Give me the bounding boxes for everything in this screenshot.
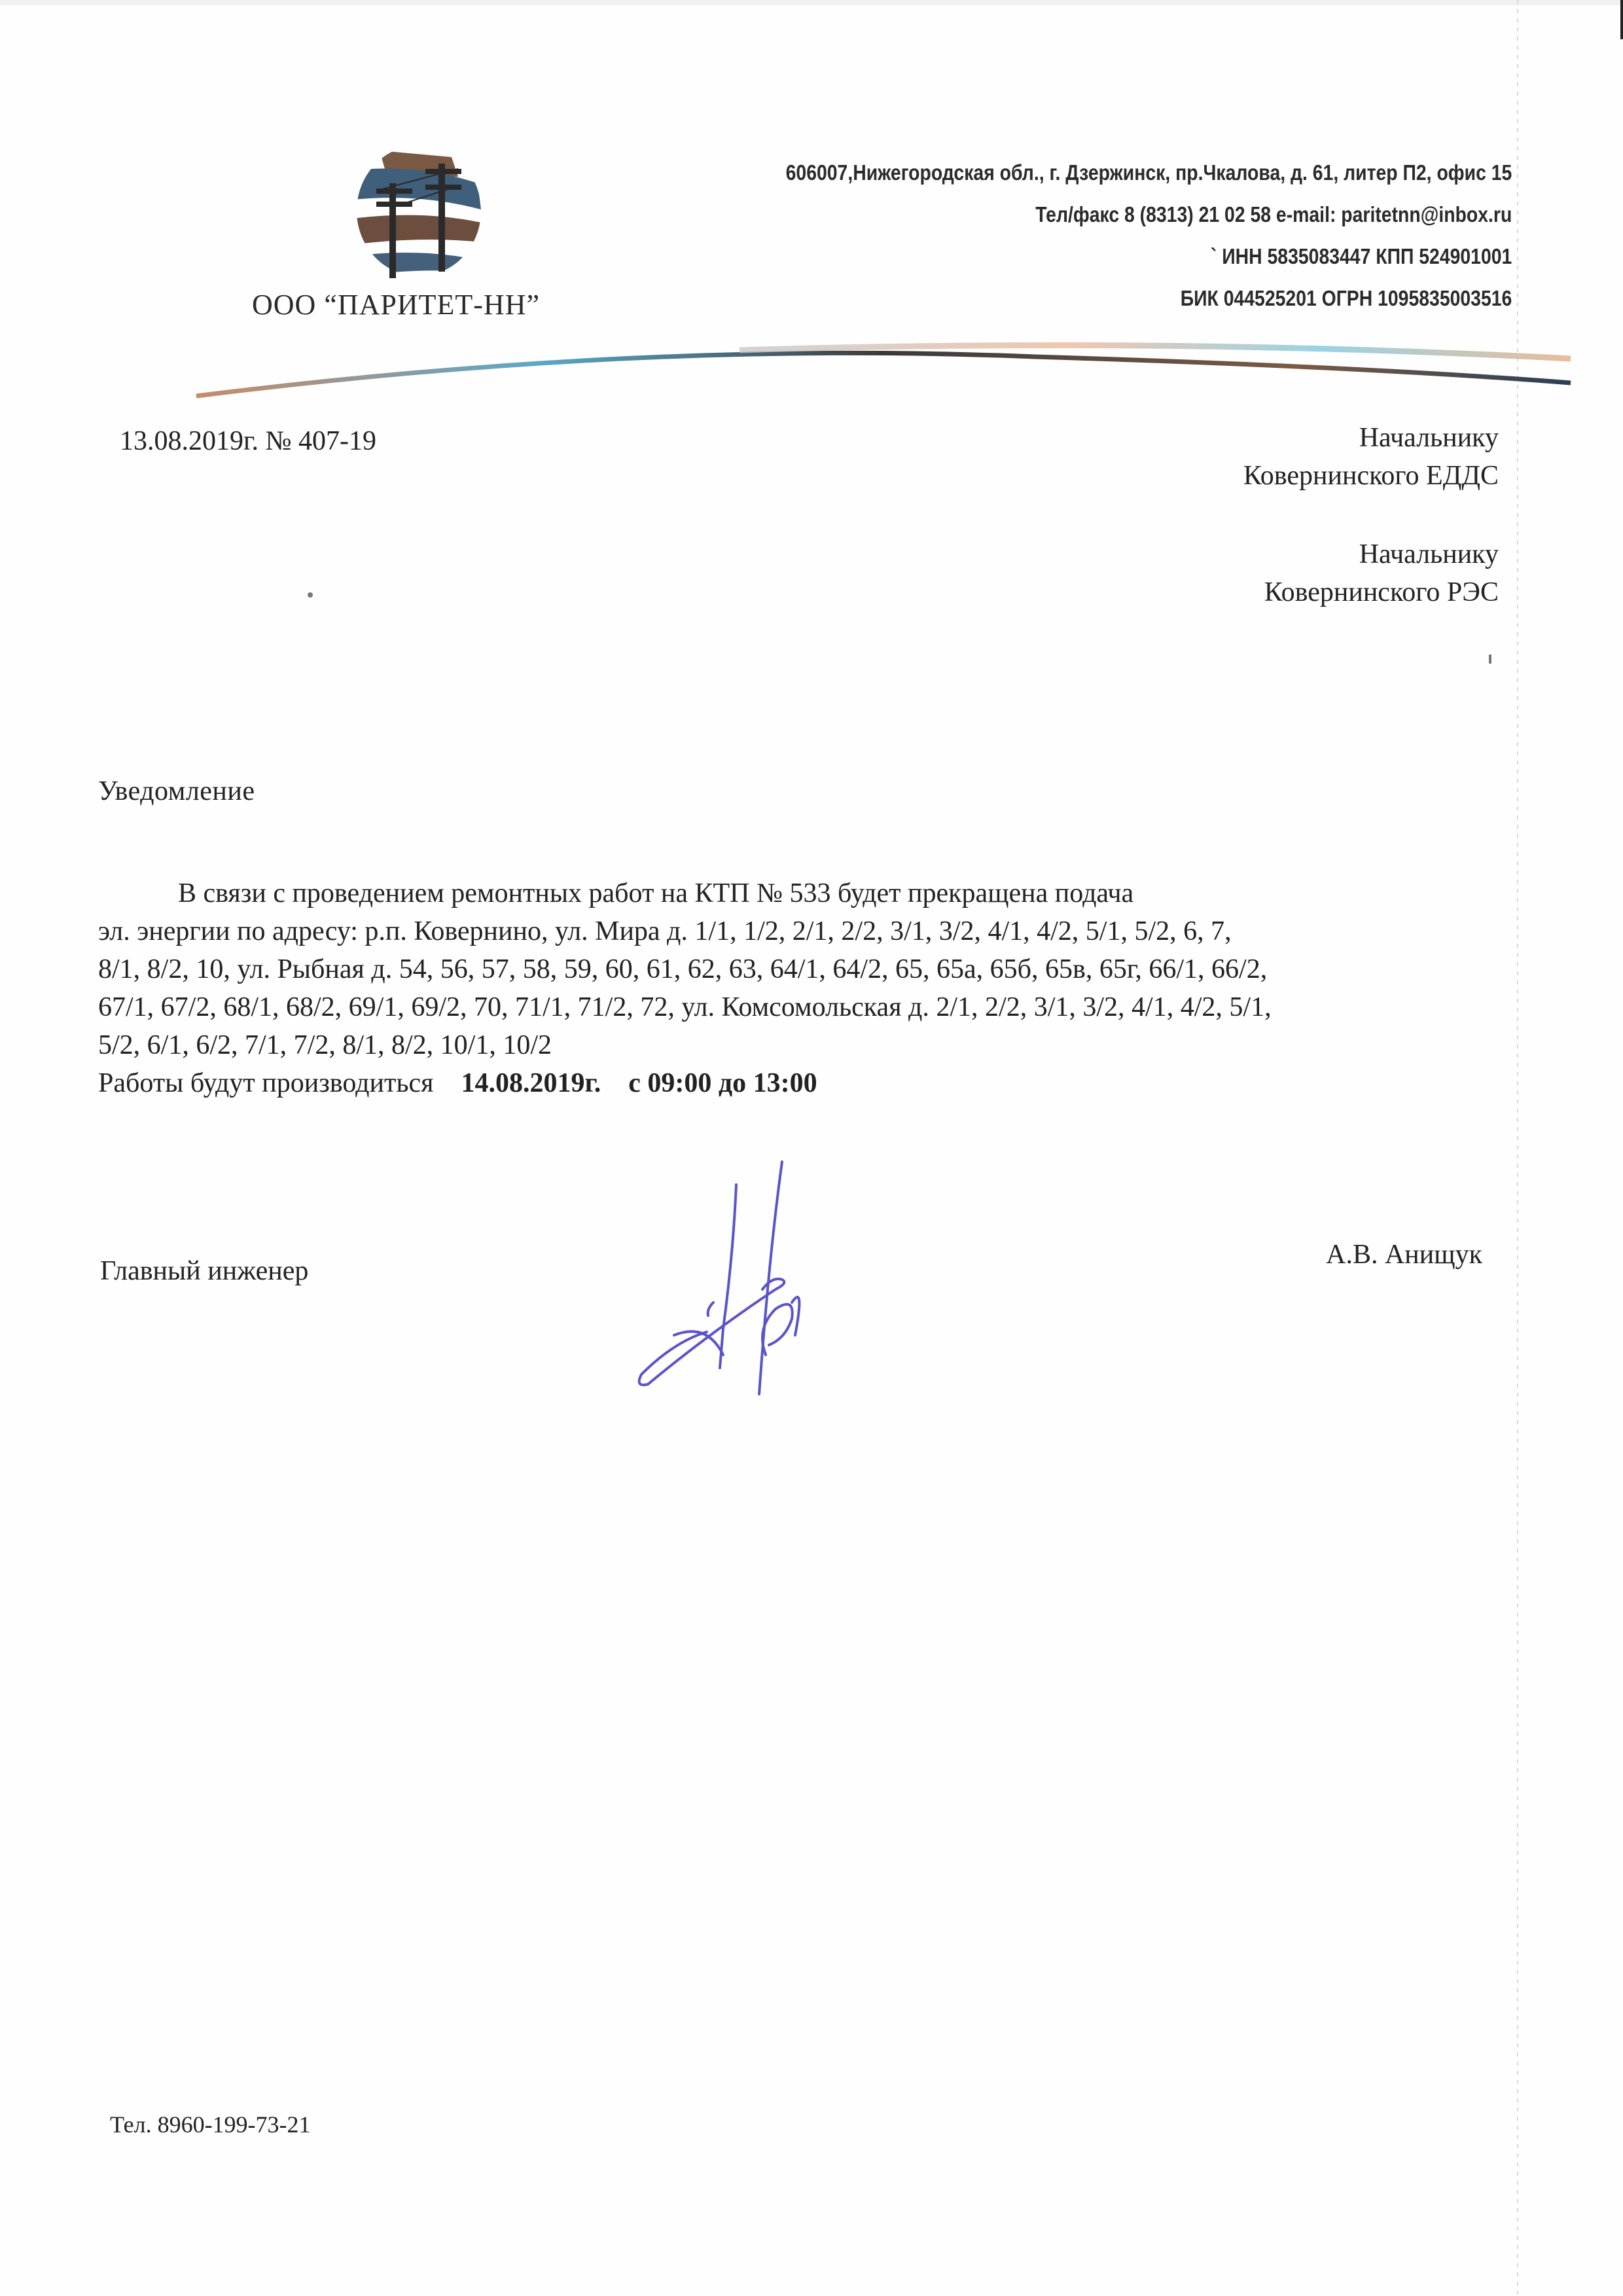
document-page: ООО “ПАРИТЕТ-НН” 606007,Нижегородская об… — [0, 0, 1623, 2296]
body-line: 8/1, 8/2, 10, ул. Рыбная д. 54, 56, 57, … — [98, 950, 1499, 988]
recipient-title: Начальнику — [1243, 419, 1499, 457]
letterhead-divider — [183, 327, 1577, 399]
company-inn-kpp: ` ИНН 5835083447 КПП 524901001 — [785, 236, 1512, 278]
outgoing-date-number: 13.08.2019г. № 407-19 — [120, 425, 376, 457]
company-requisites: 606007,Нижегородская обл., г. Дзержинск,… — [785, 152, 1512, 319]
recipient-res: Начальнику Ковернинского РЭС — [1243, 535, 1499, 611]
scan-corner-mark — [1620, 0, 1623, 39]
handwritten-signature — [609, 1158, 975, 1407]
company-address: 606007,Нижегородская обл., г. Дзержинск,… — [785, 152, 1512, 194]
signer-position: Главный инженер — [100, 1255, 308, 1287]
signer-name: А.В. Анищук — [1326, 1239, 1482, 1270]
recipient-edds: Начальнику Ковернинского ЕДДС — [1243, 419, 1499, 495]
recipient-title: Начальнику — [1243, 535, 1499, 573]
body-line: В связи с проведением ремонтных работ на… — [98, 874, 1499, 912]
body-line: эл. энергии по адресу: р.п. Ковернино, у… — [98, 912, 1499, 950]
scan-top-border — [0, 0, 1623, 5]
company-bik-ogrn: БИК 044525201 ОГРН 1095835003516 — [785, 278, 1512, 319]
power-line-globe-logo-icon — [340, 137, 497, 281]
company-name: ООО “ПАРИТЕТ-НН” — [252, 288, 540, 321]
body-line: 5/2, 6/1, 6/2, 7/1, 7/2, 8/1, 8/2, 10/1,… — [98, 1026, 1499, 1064]
recipients-block: Начальнику Ковернинского ЕДДС Начальнику… — [1243, 419, 1499, 652]
body-line: 67/1, 67/2, 68/1, 68/2, 69/1, 69/2, 70, … — [98, 988, 1499, 1026]
company-phone-email: Тел/факс 8 (8313) 21 02 58 e-mail: parit… — [785, 194, 1512, 236]
recipient-org: Ковернинского РЭС — [1243, 573, 1499, 611]
schedule-label: Работы будут производиться — [98, 1068, 433, 1098]
document-title: Уведомление — [98, 776, 255, 807]
schedule-line: Работы будут производиться 14.08.2019г. … — [98, 1064, 1499, 1102]
recipient-org: Ковернинского ЕДДС — [1243, 457, 1499, 495]
scan-speck — [308, 592, 313, 598]
scan-speck — [1489, 655, 1491, 664]
contact-phone: Тел. 8960-199-73-21 — [110, 2111, 311, 2138]
schedule-date: 14.08.2019г. — [461, 1068, 601, 1098]
notice-body: В связи с проведением ремонтных работ на… — [98, 874, 1499, 1102]
schedule-time: с 09:00 до 13:00 — [628, 1068, 817, 1098]
